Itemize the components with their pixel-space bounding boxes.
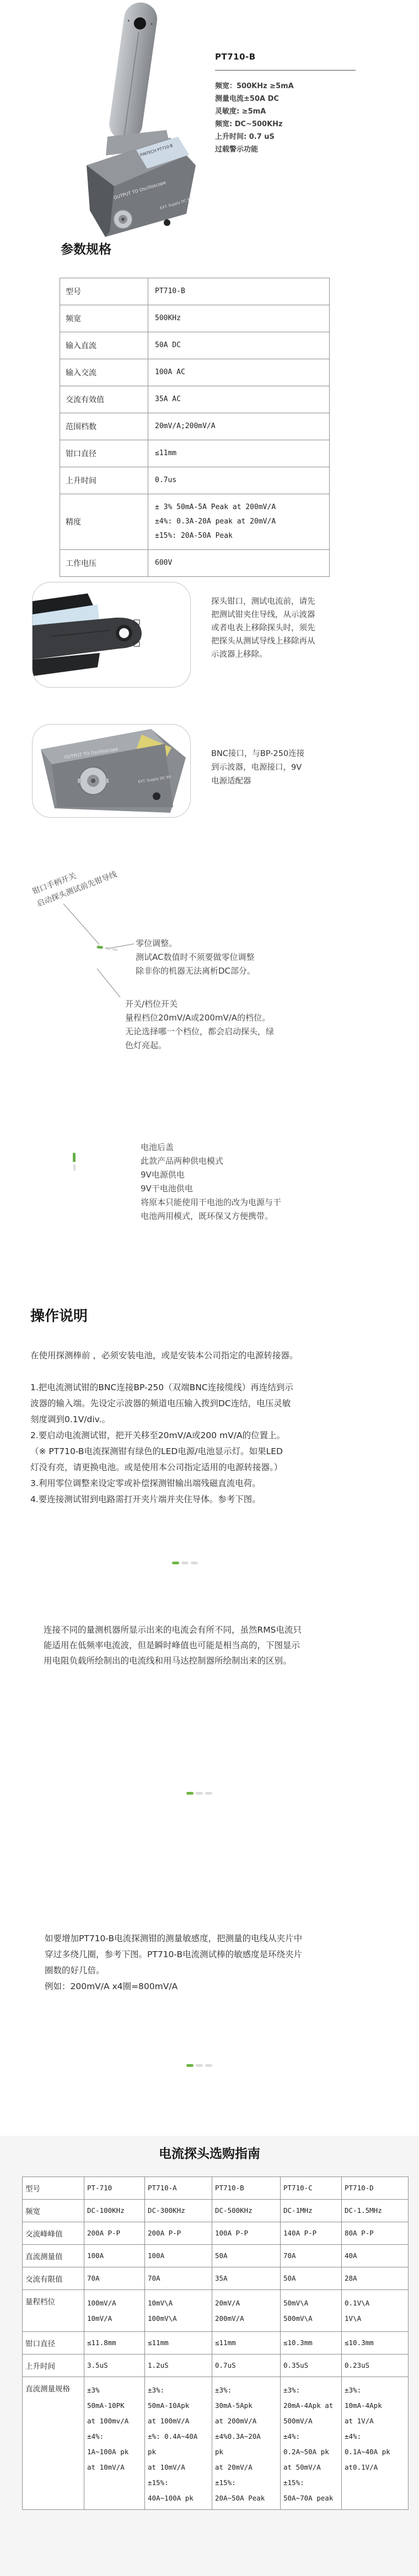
guide-cell: ±3%: 10mA-4Apk at 1V/A ±4%: 0.1A~40A pk …: [342, 2377, 409, 2510]
guide-cell: 100A P-P: [212, 2222, 281, 2245]
carousel-dot[interactable]: [181, 1562, 189, 1564]
jaw-photo: [33, 582, 190, 687]
zero-adjust-annotation: 零位调整。 测试AC数值时不须要做零位调整 除非你的机器无法离析DC部分。: [136, 937, 255, 978]
guide-row-label: 量程档位: [23, 2290, 84, 2332]
spec-label: 型号: [60, 278, 148, 305]
carousel-indicator: [186, 2064, 212, 2067]
dc-port: [153, 792, 160, 800]
spec-label: 钳口直径: [60, 440, 148, 467]
spec-table-body: 型号PT710-B频宽500KHz输入直流50A DC输入交流100A AC交流…: [60, 278, 330, 577]
spec-value: 600V: [148, 550, 330, 577]
guide-cell: PT-710: [84, 2177, 145, 2200]
guide-cell: DC-1.5MHz: [342, 2200, 409, 2222]
guide-cell: DC-300KHz: [145, 2200, 212, 2222]
guide-cell: ±3%: 30mA-5Apk at 200mV/A ±4%0.3A~20A pk…: [212, 2377, 281, 2510]
spec-label: 输入直流: [60, 332, 148, 359]
carousel-dot[interactable]: [196, 1792, 203, 1795]
guide-cell: 50A: [281, 2267, 342, 2290]
guide-cell: PT710-C: [281, 2177, 342, 2200]
guide-cell: 100A: [145, 2245, 212, 2267]
carousel-dot-active[interactable]: [186, 1792, 194, 1795]
guide-cell: ≤11.8mm: [84, 2332, 145, 2354]
guide-cell: PT710-D: [342, 2177, 409, 2200]
operation-section-heading: 操作说明: [30, 1305, 88, 1325]
guide-cell: 50A: [212, 2245, 281, 2267]
jaw-callout-text: 探头钳口，测试电流前，请先 把测试钳夹住导线，从示波器 或者电表上移除探头时，须…: [211, 595, 315, 661]
spec-row: 精度± 3% 50mA-5A Peak at 200mV/A ±4%: 0.3A…: [60, 494, 330, 550]
guide-row-label: 直流测量值: [23, 2245, 84, 2267]
spec-value: 0.7us: [148, 467, 330, 494]
guide-row-label: 上升时间: [23, 2354, 84, 2377]
carousel-indicator: [186, 1792, 212, 1795]
guide-cell: ≤11mm: [145, 2332, 212, 2354]
guide-cell: ±3%: 50mA-10Apk at 100mV/A ±%: 0.4A~40A …: [145, 2377, 212, 2510]
guide-section-heading: 电流探头选购指南: [0, 2143, 419, 2162]
carousel-dot[interactable]: [205, 2064, 212, 2067]
guide-cell: 20mV/A 200mV/A: [212, 2290, 281, 2332]
guide-row: 直流测量值100A100A50A70A40A: [23, 2245, 409, 2267]
guide-cell: 70A: [281, 2245, 342, 2267]
leader-line-switch: [97, 969, 120, 997]
guide-cell: 1.2uS: [145, 2354, 212, 2377]
guide-cell: 0.7uS: [212, 2354, 281, 2377]
spec-label: 上升时间: [60, 467, 148, 494]
guide-cell: PT710-A: [145, 2177, 212, 2200]
guide-row-label: 钳口直径: [23, 2332, 84, 2354]
rms-paragraph: 连接不同的量测机器所显示出来的电流会有所不同，虽然RMS电流只 能适用在低频率电…: [44, 1622, 407, 1668]
title-divider: [215, 70, 356, 71]
guide-cell: ≤10.3mm: [281, 2332, 342, 2354]
guide-cell: 0.23uS: [342, 2354, 409, 2377]
guide-cell: 140A P-P: [281, 2222, 342, 2245]
carousel-dot[interactable]: [191, 1562, 198, 1564]
photo-card-jaw: [32, 582, 191, 688]
spec-row: 输入交流100A AC: [60, 359, 330, 386]
guide-cell: 0.35uS: [281, 2354, 342, 2377]
guide-row-label: 交流有限值: [23, 2267, 84, 2290]
spec-row: 上升时间0.7us: [60, 467, 330, 494]
guide-cell: 100A: [84, 2245, 145, 2267]
guide-row: 型号PT-710PT710-APT710-BPT710-CPT710-D: [23, 2177, 409, 2200]
guide-cell: ±3%: 20mA-4Apk at 500mV/A ±4%: 0.2A~50A …: [281, 2377, 342, 2510]
spec-row: 输入直流50A DC: [60, 332, 330, 359]
spec-value: 35A AC: [148, 386, 330, 413]
spec-table: 型号PT710-B频宽500KHz输入直流50A DC输入交流100A AC交流…: [60, 278, 330, 577]
guide-cell: 200A P-P: [145, 2222, 212, 2245]
battery-cover-annotation: 电池后盖 此款产品两种供电模式 9V电源供电 9V干电池供电 将原本只能使用干电…: [141, 1141, 281, 1223]
spec-value: 100A AC: [148, 359, 330, 386]
carousel-dot-active[interactable]: [172, 1562, 179, 1564]
guide-cell: 3.5uS: [84, 2354, 145, 2377]
guide-row: 上升时间3.5uS1.2uS0.7uS0.35uS0.23uS: [23, 2354, 409, 2377]
spec-label: 工作电压: [60, 550, 148, 577]
spec-label: 频宽: [60, 305, 148, 332]
guide-cell: DC-1MHz: [281, 2200, 342, 2222]
guide-cell: DC-100KHz: [84, 2200, 145, 2222]
guide-cell: 70A: [145, 2267, 212, 2290]
spec-label: 精度: [60, 494, 148, 550]
guide-cell: 80A P-P: [342, 2222, 409, 2245]
guide-cell: 70A: [84, 2267, 145, 2290]
probe-handle: [107, 1, 159, 143]
guide-row: 交流有限值70A70A35A50A28A: [23, 2267, 409, 2290]
dc-port: [164, 219, 170, 226]
spec-label: 范围档数: [60, 413, 148, 440]
product-page: { "hero": { "title": "PT710-B", "specs_l…: [0, 0, 419, 2576]
spec-row: 型号PT710-B: [60, 278, 330, 305]
guide-cell: 100mV/A 10mV/A: [84, 2290, 145, 2332]
guide-cell: ≤10.3mm: [342, 2332, 409, 2354]
spec-row: 工作电压600V: [60, 550, 330, 577]
guide-cell: ≤11mm: [212, 2332, 281, 2354]
guide-row-label: 型号: [23, 2177, 84, 2200]
guide-cell: DC-500KHz: [212, 2200, 281, 2222]
guide-cell: PT710-B: [212, 2177, 281, 2200]
sensitivity-paragraph: 如要增加PT710-B电流探测钳的测量敏感度，把测量的电线从夹片中 穿过多绕几圈…: [45, 1931, 409, 1995]
guide-cell: ±3% 50mA-10PK at 100mv/A ±4%: 1A~100A pk…: [84, 2377, 145, 2510]
guide-cell: 35A: [212, 2267, 281, 2290]
battery-cover-graphic: [73, 1153, 76, 1162]
jaw-hole: [119, 628, 129, 638]
spec-value: PT710-B: [148, 278, 330, 305]
battery-cover-shadow: [73, 1164, 76, 1171]
carousel-dot[interactable]: [196, 2064, 203, 2067]
guide-row: 直流测量规格±3% 50mA-10PK at 100mv/A ±4%: 1A~1…: [23, 2377, 409, 2510]
guide-row: 量程档位100mV/A 10mV/A10mV\A 100mV\A20mV/A 2…: [23, 2290, 409, 2332]
photo-card-bnc: OUTPUT TO Oscilloscope EXT. Supply DC 9V: [32, 724, 191, 818]
guide-table-body: 型号PT-710PT710-APT710-BPT710-CPT710-D频宽DC…: [23, 2177, 409, 2510]
guide-row-label: 交流峰峰值: [23, 2222, 84, 2245]
guide-cell: 28A: [342, 2267, 409, 2290]
guide-cell: 50mV\A 500mV\A: [281, 2290, 342, 2332]
product-photo-probe: PINTECH PT710-B OUTPUT TO Oscilloscope E…: [52, 0, 212, 245]
params-section-heading: 参数规格: [61, 239, 111, 257]
spec-label: 交流有效值: [60, 386, 148, 413]
guide-cell: 200A P-P: [84, 2222, 145, 2245]
bnc-callout-text: BNC接口，与BP-250连接 到示波器，电源接口，9V 电源适配器: [211, 747, 304, 789]
bnc-photo: OUTPUT TO Oscilloscope EXT. Supply DC 9V: [33, 725, 190, 817]
carousel-indicator: [172, 1562, 198, 1564]
spec-value: 20mV/A;200mV/A: [148, 413, 330, 440]
guide-cell: 40A: [342, 2245, 409, 2267]
guide-row: 频宽DC-100KHzDC-300KHzDC-500KHzDC-1MHzDC-1…: [23, 2200, 409, 2222]
carousel-dot-active[interactable]: [186, 2064, 194, 2067]
range-switch-graphic[interactable]: [96, 946, 117, 951]
hero-spec-list: 频宽：500KHz ≥5mA 测量电流±50A DC 灵敏度: ≥5mA 频宽:…: [215, 80, 294, 156]
spec-value: 50A DC: [148, 332, 330, 359]
spec-value: 500KHz: [148, 305, 330, 332]
guide-row-label: 频宽: [23, 2200, 84, 2222]
guide-cell: 10mV\A 100mV\A: [145, 2290, 212, 2332]
guide-cell: 0.1V\A 1V\A: [342, 2290, 409, 2332]
guide-row: 交流峰峰值200A P-P200A P-P100A P-P140A P-P80A…: [23, 2222, 409, 2245]
leader-line-zero: [109, 944, 134, 948]
leader-line-handle: [63, 904, 99, 944]
product-title: PT710-B: [215, 52, 256, 62]
range-switch-annotation: 开关/档位开关 量程档位20mV/A或200mV/A的档位。 无论选择哪一个档位…: [125, 997, 274, 1052]
spec-label: 输入交流: [60, 359, 148, 386]
spec-value: ≤11mm: [148, 440, 330, 467]
guide-row-label: 直流测量规格: [23, 2377, 84, 2510]
spec-row: 交流有效值35A AC: [60, 386, 330, 413]
guide-table: 型号PT-710PT710-APT710-BPT710-CPT710-D频宽DC…: [22, 2177, 409, 2510]
operation-instructions: 在使用探测棒前 ，必须安装电池，或是安装本公司指定的电源转接器。 1.把电流测试…: [30, 1348, 411, 1508]
spec-row: 频宽500KHz: [60, 305, 330, 332]
carousel-dot[interactable]: [205, 1792, 212, 1795]
spec-value: ± 3% 50mA-5A Peak at 200mV/A ±4%: 0.3A-2…: [148, 494, 330, 550]
guide-row: 钳口直径≤11.8mm≤11mm≤11mm≤10.3mm≤10.3mm: [23, 2332, 409, 2354]
spec-row: 钳口直径≤11mm: [60, 440, 330, 467]
spec-row: 范围档数20mV/A;200mV/A: [60, 413, 330, 440]
